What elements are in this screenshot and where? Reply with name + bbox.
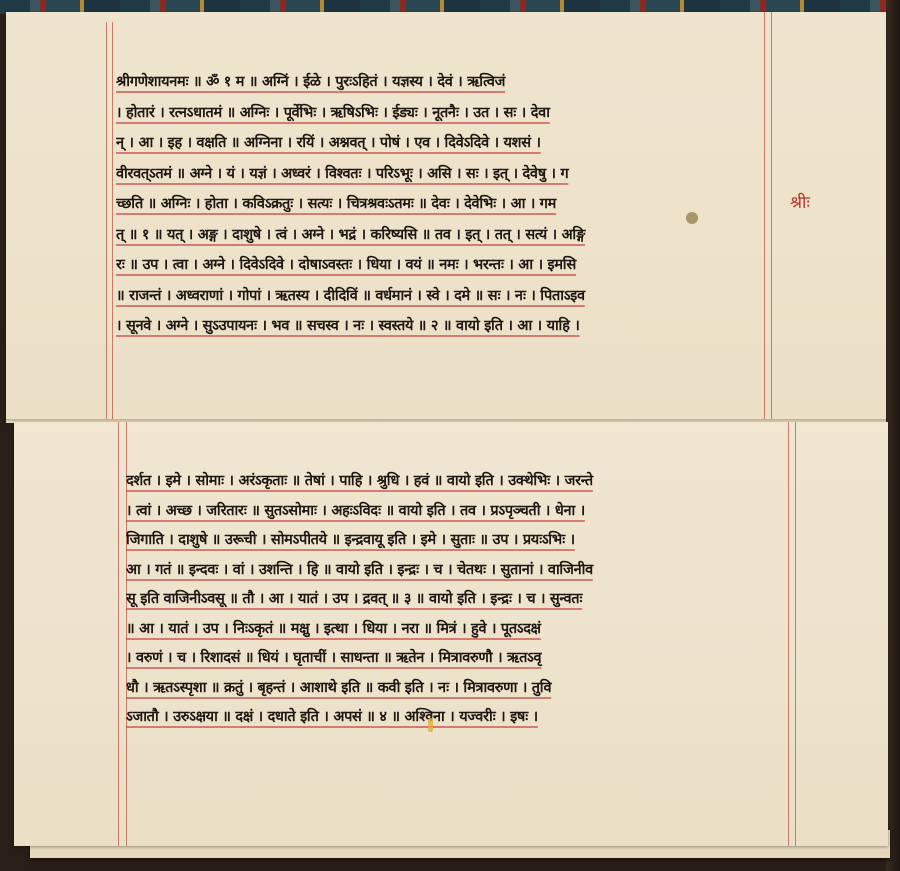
margin-rule-left bbox=[118, 422, 119, 846]
text-line: ऽजातौ । उरुऽक्षया ॥ दक्षं । दधाते इति । … bbox=[126, 703, 802, 733]
margin-note-red: श्रीः bbox=[790, 190, 810, 213]
text-line: च्छति ॥ अग्निः । होता । कविऽक्रतुः । सत्… bbox=[116, 189, 776, 220]
background-shadow bbox=[886, 0, 900, 871]
text-line: ॥ आ । यातं । उप । निःऽकृतं ॥ मक्षु । इत्… bbox=[126, 615, 802, 645]
text-line: श्रीगणेशायनमः ॥ ॐ १ म ॥ अग्निं । ईळे । प… bbox=[116, 67, 776, 98]
text-line: दर्शत । इमे । सोमाः । अरंऽकृताः ॥ तेषां … bbox=[126, 467, 802, 497]
text-line: त् ॥ १ ॥ यत् । अङ्ग । दाशुषे । त्वं । अग… bbox=[116, 220, 776, 251]
text-line: धौ । ऋतऽस्पृशा ॥ क्रतुं । बृहन्तं । आशाथ… bbox=[126, 674, 802, 704]
manuscript-leaf-lower: दर्शत । इमे । सोमाः । अरंऽकृताः ॥ तेषां … bbox=[14, 422, 888, 846]
text-line: । सूनवे । अग्ने । सुऽउपायनः । भव ॥ सचस्व… bbox=[116, 311, 776, 342]
text-line: ॥ राजन्तं । अध्वराणां । गोपां । ऋतस्य । … bbox=[116, 281, 776, 312]
text-block-lower: दर्शत । इमे । सोमाः । अरंऽकृताः ॥ तेषां … bbox=[126, 467, 802, 733]
text-line: । होतारं । रत्नऽधातमं ॥ अग्निः । पूर्वेभ… bbox=[116, 98, 776, 129]
text-line: न् । आ । इह । वक्षति ॥ अग्निना । रयिं । … bbox=[116, 128, 776, 159]
text-line: सू इति वाजिनीऽवसू ॥ तौ । आ । यातं । उप ।… bbox=[126, 585, 802, 615]
text-line: आ । गतं ॥ इन्दवः । वां । उशन्ति । हि ॥ व… bbox=[126, 556, 802, 586]
text-block-upper: श्रीगणेशायनमः ॥ ॐ १ म ॥ अग्निं । ईळे । प… bbox=[116, 67, 776, 342]
margin-rule-left bbox=[106, 22, 107, 422]
manuscript-leaf-upper: श्रीगणेशायनमः ॥ ॐ १ म ॥ अग्निं । ईळे । प… bbox=[6, 12, 886, 422]
text-line: जिगाति । दाशुषे ॥ उरूची । सोमऽपीतये ॥ इन… bbox=[126, 526, 802, 556]
text-line: रः ॥ उप । त्वा । अग्ने । दिवेऽदिवे । दोष… bbox=[116, 250, 776, 281]
text-line: वीरवत्ऽतमं ॥ अग्ने । यं । यज्ञं । अध्वरं… bbox=[116, 159, 776, 190]
margin-rule-left-inner bbox=[112, 22, 113, 422]
text-line: । वरुणं । च । रिशादसं ॥ धियं । घृताचीं ।… bbox=[126, 644, 802, 674]
pigment-spot bbox=[428, 718, 433, 732]
text-line: । त्वां । अच्छ । जरितारः ॥ सुतऽसोमाः । अ… bbox=[126, 497, 802, 527]
